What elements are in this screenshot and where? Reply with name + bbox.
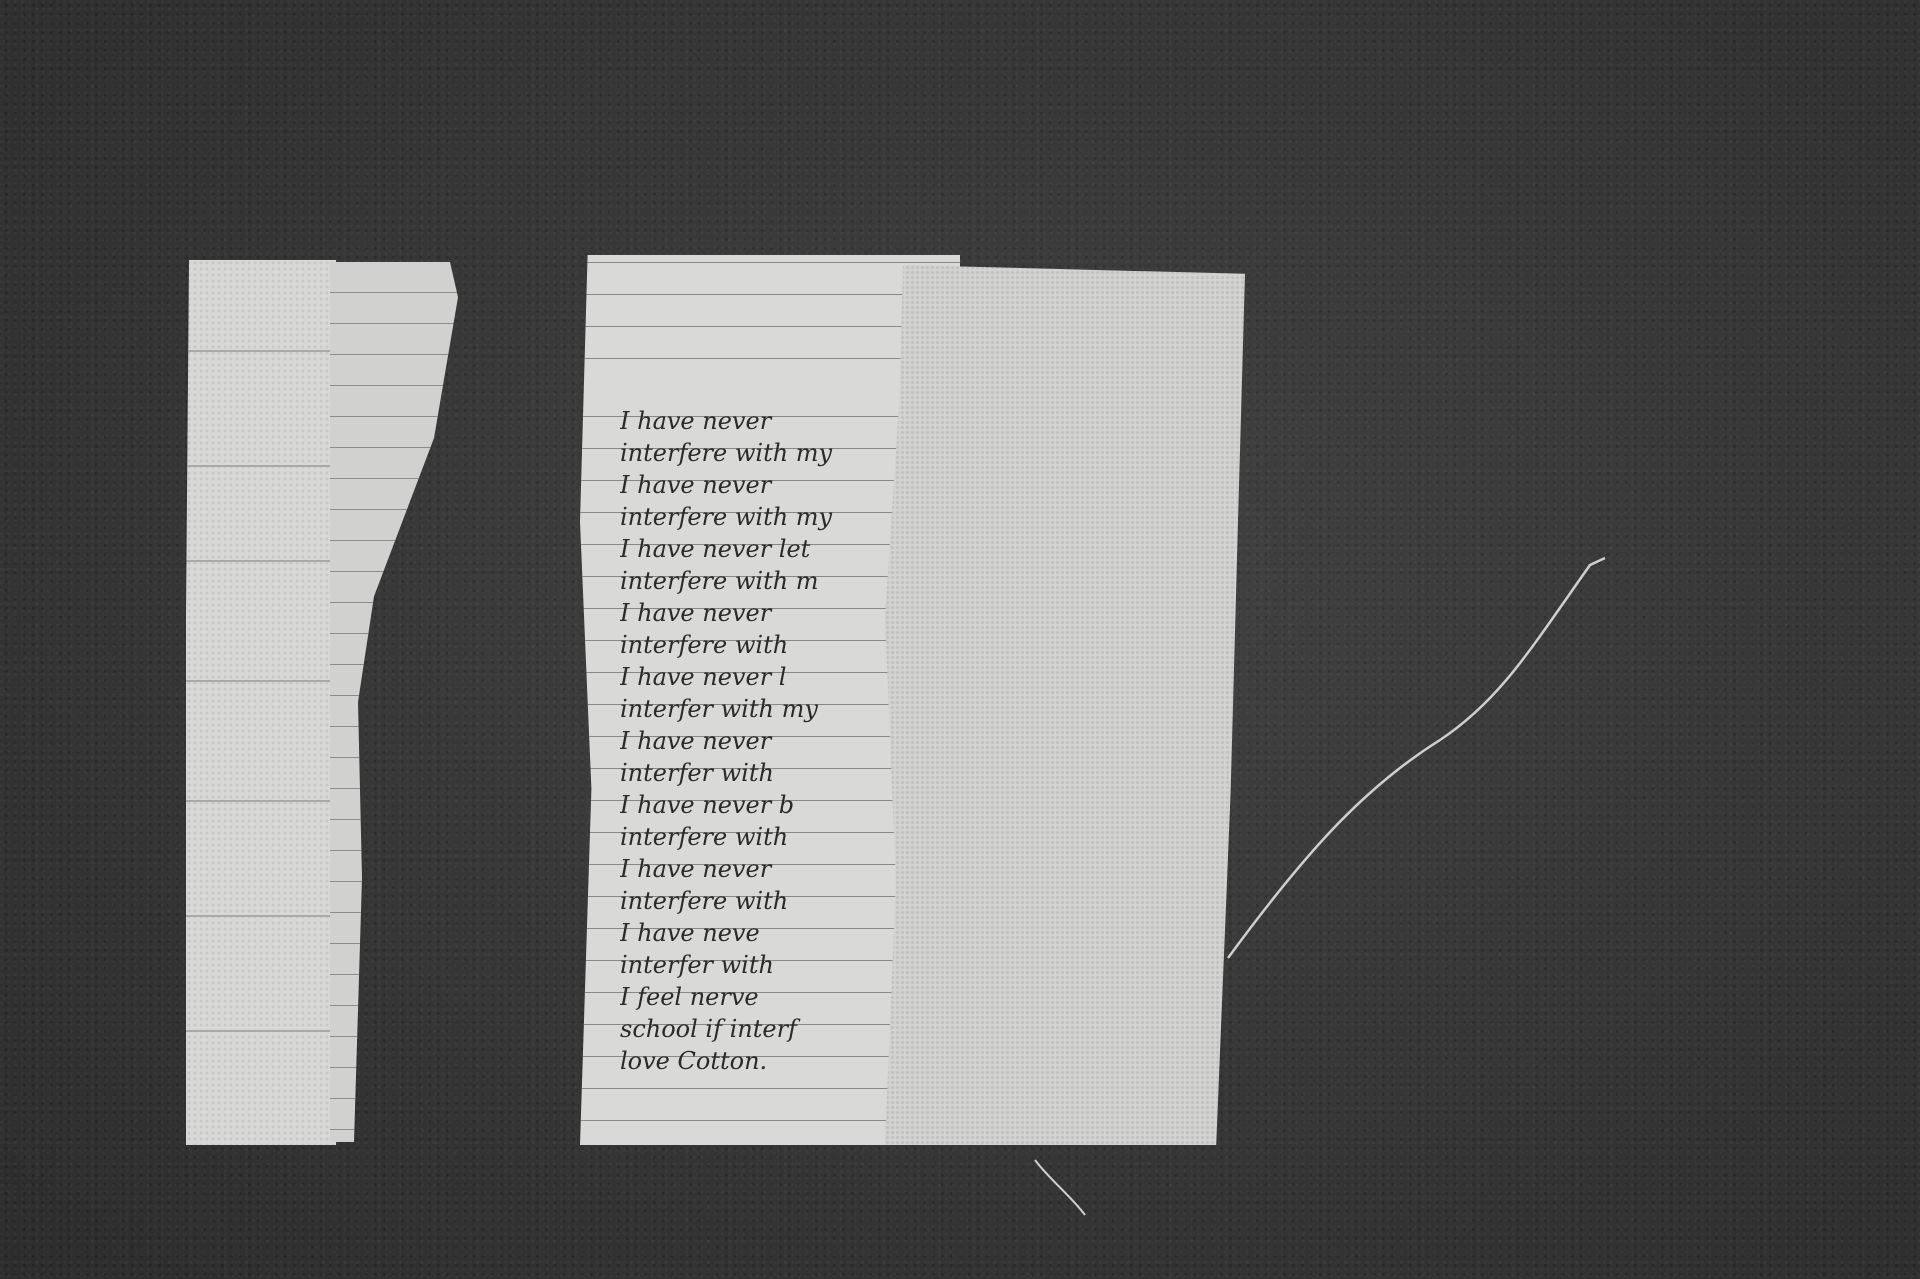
loose-thread xyxy=(0,0,1920,1279)
